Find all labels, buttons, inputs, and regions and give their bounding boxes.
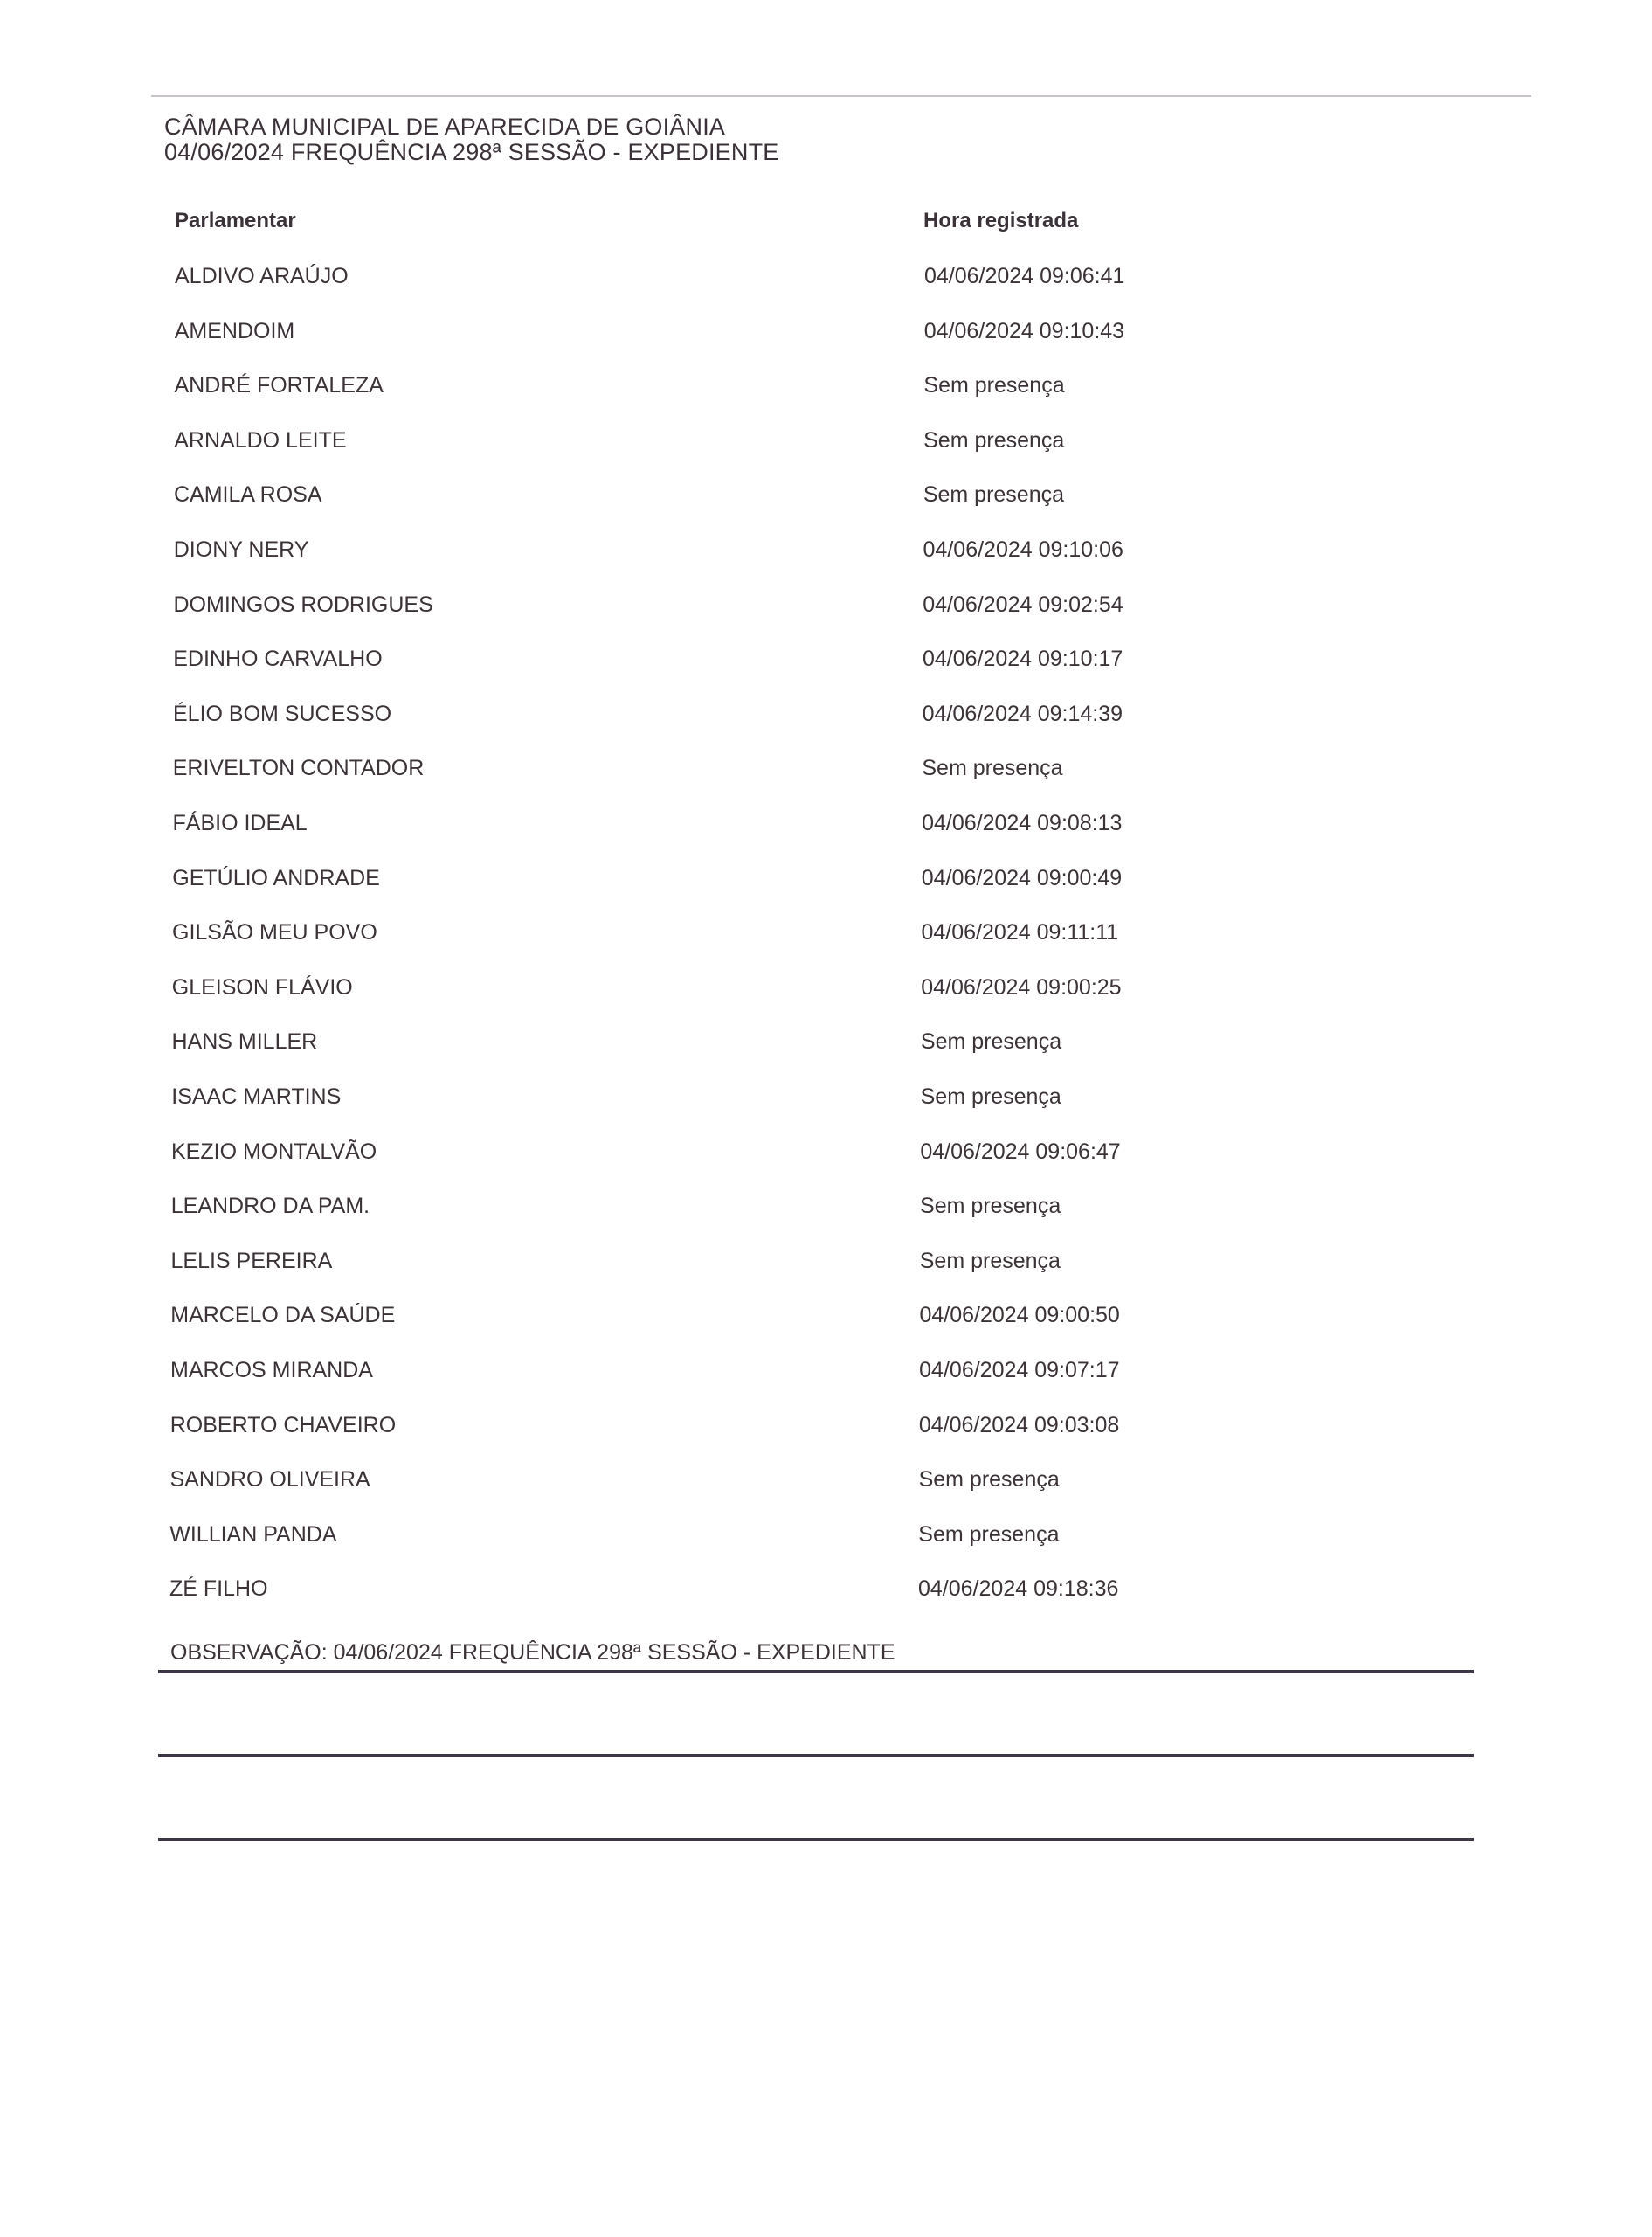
absence-status: Sem presença bbox=[923, 372, 1064, 398]
absence-status: Sem presença bbox=[922, 755, 1062, 781]
session-title: 04/06/2024 FREQUÊNCIA 298ª SESSÃO - EXPE… bbox=[164, 140, 779, 165]
registered-time: 04/06/2024 09:07:17 bbox=[919, 1357, 1119, 1383]
parlamentar-name: ERIVELTON CONTADOR bbox=[173, 755, 425, 781]
parlamentar-name: SANDRO OLIVEIRA bbox=[170, 1466, 370, 1492]
parlamentar-name: ZÉ FILHO bbox=[169, 1576, 268, 1602]
parlamentar-name: HANS MILLER bbox=[172, 1028, 318, 1055]
parlamentar-name: WILLIAN PANDA bbox=[169, 1521, 336, 1548]
parlamentar-name: ROBERTO CHAVEIRO bbox=[170, 1412, 396, 1438]
column-header-parlamentar: Parlamentar bbox=[175, 208, 296, 234]
registered-time: 04/06/2024 09:06:47 bbox=[920, 1139, 1120, 1165]
registered-time: 04/06/2024 09:06:41 bbox=[924, 263, 1124, 289]
parlamentar-name: AMENDOIM bbox=[175, 318, 295, 344]
registered-time: 04/06/2024 09:10:06 bbox=[923, 537, 1123, 563]
registered-time: 04/06/2024 09:14:39 bbox=[923, 701, 1123, 727]
registered-time: 04/06/2024 09:02:54 bbox=[923, 592, 1123, 618]
registered-time: 04/06/2024 09:00:50 bbox=[919, 1302, 1119, 1328]
registered-time: 04/06/2024 09:00:25 bbox=[921, 974, 1121, 1001]
absence-status: Sem presença bbox=[923, 427, 1064, 454]
parlamentar-name: GETÚLIO ANDRADE bbox=[172, 865, 380, 891]
top-divider bbox=[151, 95, 1531, 97]
registered-time: 04/06/2024 09:10:17 bbox=[923, 646, 1123, 672]
registered-time: 04/06/2024 09:18:36 bbox=[918, 1576, 1118, 1602]
parlamentar-name: ANDRÉ FORTALEZA bbox=[175, 372, 384, 398]
parlamentar-name: MARCOS MIRANDA bbox=[170, 1357, 373, 1383]
absence-status: Sem presença bbox=[921, 1084, 1061, 1110]
registered-time: 04/06/2024 09:10:43 bbox=[924, 318, 1124, 344]
parlamentar-name: ISAAC MARTINS bbox=[171, 1084, 341, 1110]
absence-status: Sem presença bbox=[920, 1248, 1061, 1274]
parlamentar-name: CAMILA ROSA bbox=[174, 481, 322, 508]
institution-title: CÂMARA MUNICIPAL DE APARECIDA DE GOIÂNIA bbox=[164, 114, 779, 140]
parlamentar-name: ALDIVO ARAÚJO bbox=[175, 263, 349, 289]
signature-line-1 bbox=[158, 1670, 1474, 1673]
parlamentar-name: EDINHO CARVALHO bbox=[173, 646, 382, 672]
document-header: CÂMARA MUNICIPAL DE APARECIDA DE GOIÂNIA… bbox=[164, 114, 779, 165]
parlamentar-name: GILSÃO MEU POVO bbox=[172, 919, 377, 945]
signature-line-2 bbox=[158, 1754, 1474, 1757]
parlamentar-name: DIONY NERY bbox=[174, 537, 309, 563]
parlamentar-name: DOMINGOS RODRIGUES bbox=[174, 592, 433, 618]
parlamentar-name: GLEISON FLÁVIO bbox=[172, 974, 353, 1001]
absence-status: Sem presença bbox=[919, 1466, 1060, 1492]
absence-status: Sem presença bbox=[920, 1193, 1061, 1219]
column-header-hora-registrada: Hora registrada bbox=[923, 208, 1078, 234]
parlamentar-name: LELIS PEREIRA bbox=[171, 1248, 333, 1274]
registered-time: 04/06/2024 09:03:08 bbox=[919, 1412, 1119, 1438]
parlamentar-name: KEZIO MONTALVÃO bbox=[171, 1139, 377, 1165]
parlamentar-name: FÁBIO IDEAL bbox=[173, 810, 308, 836]
registered-time: 04/06/2024 09:00:49 bbox=[922, 865, 1122, 891]
observation-text: OBSERVAÇÃO: 04/06/2024 FREQUÊNCIA 298ª S… bbox=[170, 1639, 895, 1666]
registered-time: 04/06/2024 09:11:11 bbox=[922, 919, 1119, 945]
registered-time: 04/06/2024 09:08:13 bbox=[922, 810, 1122, 836]
parlamentar-name: LEANDRO DA PAM. bbox=[171, 1193, 370, 1219]
absence-status: Sem presença bbox=[923, 481, 1064, 508]
parlamentar-name: ARNALDO LEITE bbox=[174, 427, 346, 454]
parlamentar-name: ÉLIO BOM SUCESSO bbox=[173, 701, 391, 727]
absence-status: Sem presença bbox=[921, 1028, 1061, 1055]
parlamentar-name: MARCELO DA SAÚDE bbox=[170, 1302, 395, 1328]
absence-status: Sem presença bbox=[918, 1521, 1059, 1548]
signature-line-3 bbox=[158, 1838, 1474, 1841]
